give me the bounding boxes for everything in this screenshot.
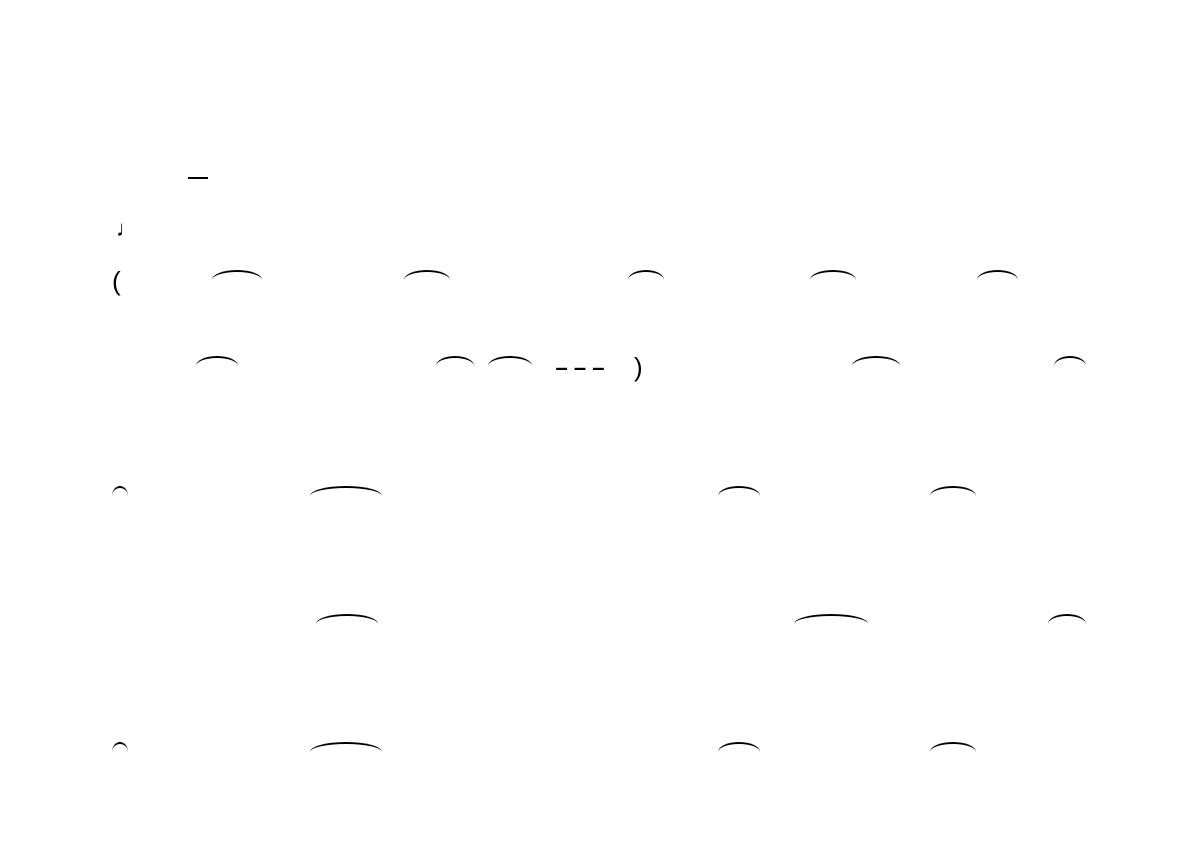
slur-arc: [316, 614, 378, 624]
slur-arc: [310, 742, 382, 752]
open-paren: (: [112, 266, 121, 297]
slur-arc: [404, 270, 450, 280]
slur-arc: [196, 356, 238, 366]
slur-arc: [1048, 614, 1086, 624]
slur-arc: [488, 356, 532, 366]
slur-arc: [112, 742, 128, 752]
slur-arc: [718, 486, 760, 496]
slur-arc: [310, 486, 382, 496]
slur-arc: [930, 486, 976, 496]
quarter-note-icon: ♩: [116, 216, 138, 241]
slur-arc: [852, 356, 900, 366]
close-paren: ): [634, 352, 643, 383]
slur-arc: [718, 742, 760, 752]
slur-arc: [436, 356, 474, 366]
slur-arc: [794, 614, 868, 624]
slur-arc: [930, 742, 976, 752]
slur-arc: [977, 270, 1018, 280]
slur-arc: [1054, 356, 1086, 366]
tempo-marking: ♩: [116, 216, 138, 242]
slur-arc: [212, 270, 262, 280]
slur-arc: [810, 270, 856, 280]
slur-arc: [112, 486, 128, 496]
time-signature: [188, 176, 208, 180]
slur-arc: [628, 270, 664, 280]
dashes: – – –: [540, 356, 620, 380]
